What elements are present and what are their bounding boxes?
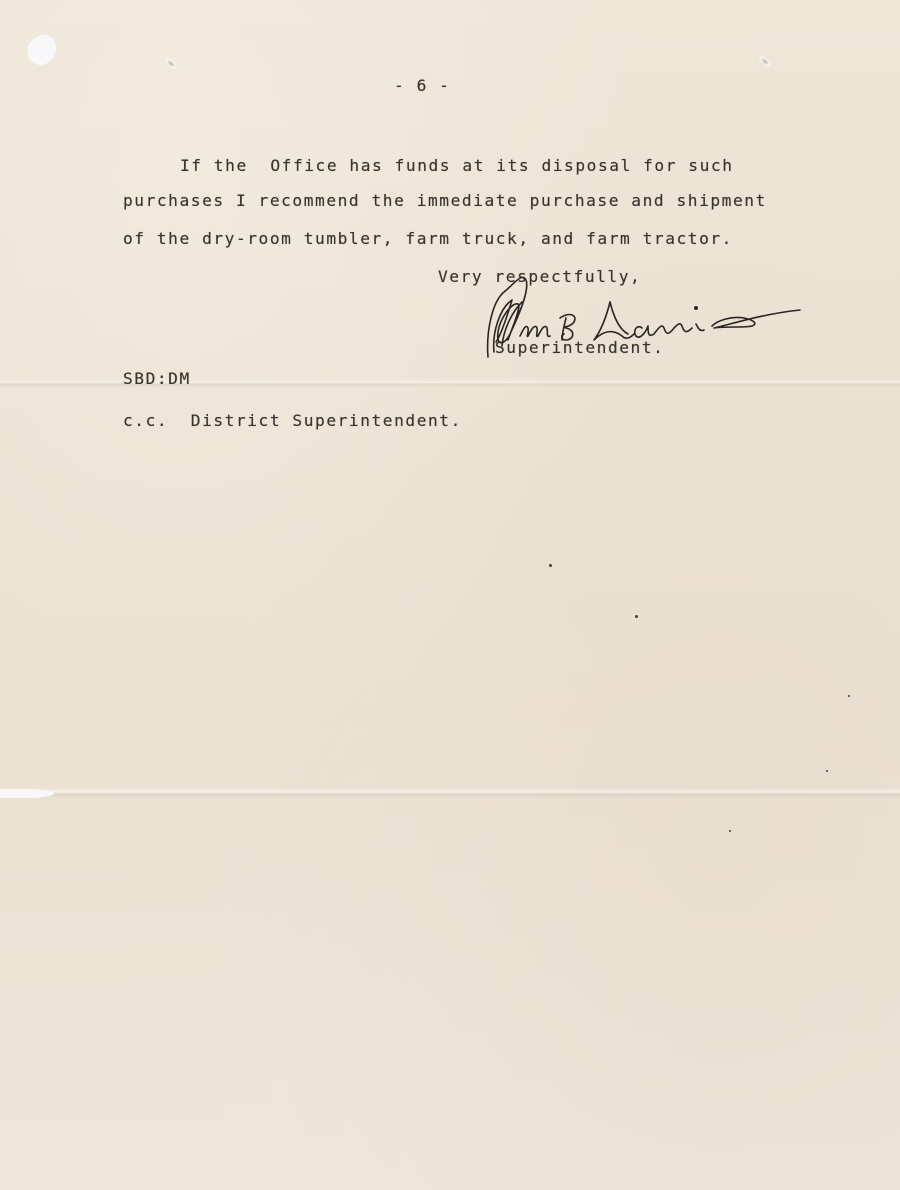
carbon-copy-line: c.c. District Superintendent. (123, 413, 462, 429)
letter-page: - 6 - If the Office has funds at its dis… (0, 0, 900, 1190)
reference-initials: SBD:DM (123, 371, 191, 387)
paper-tear (22, 31, 61, 69)
staple-hole (757, 54, 772, 68)
ink-speck (848, 695, 850, 697)
body-line: of the dry-room tumbler, farm truck, and… (123, 231, 733, 247)
ink-speck (549, 564, 552, 567)
handwritten-signature (482, 262, 812, 362)
body-line: purchases I recommend the immediate purc… (123, 193, 767, 209)
ink-speck (729, 830, 731, 832)
body-line: If the Office has funds at its disposal … (180, 158, 734, 174)
ink-speck (635, 615, 638, 618)
ink-speck (826, 770, 828, 772)
staple-hole (163, 56, 178, 70)
page-number: - 6 - (394, 78, 450, 94)
paper-tear (0, 789, 54, 798)
paper-fold-line (0, 788, 900, 798)
